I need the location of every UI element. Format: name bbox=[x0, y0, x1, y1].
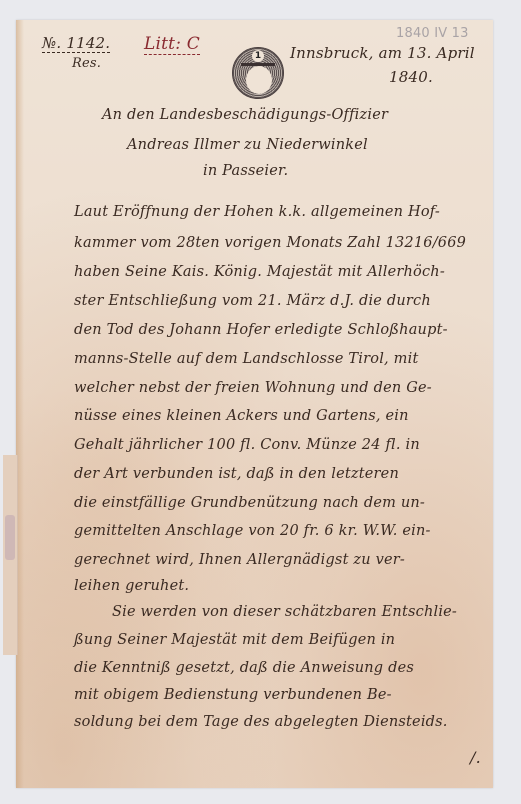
body-line: mit obigem Bedienstung verbundenen Be- bbox=[74, 687, 392, 703]
body-line: den Tod des Johann Hofer erledigte Schlo… bbox=[74, 322, 448, 338]
address-line: in Passeier. bbox=[203, 163, 288, 179]
body-line: ßung Seiner Majestät mit dem Beifügen in bbox=[74, 632, 395, 648]
revenue-stamp-icon: 1 bbox=[232, 47, 284, 99]
place-date-line-2: 1840. bbox=[389, 68, 433, 86]
body-line: Laut Eröffnung der Hohen k.k. allgemeine… bbox=[74, 204, 440, 220]
body-line: nüsse eines kleinen Ackers und Gartens, … bbox=[74, 408, 409, 424]
body-line: Gehalt jährlicher 100 fl. Conv. Münze 24… bbox=[74, 437, 420, 453]
litt-label: Litt: C bbox=[144, 34, 200, 54]
body-line: gemittelten Anschlage von 20 fr. 6 kr. W… bbox=[74, 523, 431, 539]
body-line: gerechnet wird, Ihnen Allergnädigst zu v… bbox=[74, 552, 405, 568]
address-line: An den Landesbeschädigungs-Offizier bbox=[102, 107, 388, 123]
body-line: die einstfällige Grundbenützung nach dem… bbox=[74, 495, 425, 511]
address-line: Andreas Illmer zu Niederwinkel bbox=[127, 137, 368, 153]
body-line: der Art verbunden ist, daß in den letzte… bbox=[74, 466, 399, 482]
body-line: haben Seine Kais. König. Majestät mit Al… bbox=[74, 264, 445, 280]
body-line: ster Entschließung vom 21. März d.J. die… bbox=[74, 293, 431, 309]
document-number: №. 1142. bbox=[42, 34, 110, 52]
body-line: Sie werden von dieser schätzbaren Entsch… bbox=[112, 604, 457, 620]
torn-paper-edge bbox=[3, 455, 18, 655]
stamp-value: 1 bbox=[252, 50, 264, 62]
body-line: leihen geruhet. bbox=[74, 578, 189, 594]
stamp-blank-center bbox=[246, 66, 272, 94]
body-line: manns-Stelle auf dem Landschlosse Tirol,… bbox=[74, 351, 418, 367]
continuation-mark: /. bbox=[470, 748, 481, 767]
body-line: die Kenntniß gesetzt, daß die Anweisung … bbox=[74, 660, 414, 676]
body-line: kammer vom 28ten vorigen Monats Zahl 132… bbox=[74, 235, 466, 251]
pencil-archive-note: 1840 IV 13 bbox=[396, 26, 469, 41]
place-date-line-1: Innsbruck, am 13. April bbox=[290, 44, 475, 62]
stain bbox=[5, 515, 15, 560]
paper-edge-discoloration bbox=[16, 20, 24, 788]
document-number-sub: Res. bbox=[72, 56, 101, 71]
body-line: soldung bei dem Tage des abgelegten Dien… bbox=[74, 714, 448, 730]
body-line: welcher nebst der freien Wohnung und den… bbox=[74, 380, 432, 396]
